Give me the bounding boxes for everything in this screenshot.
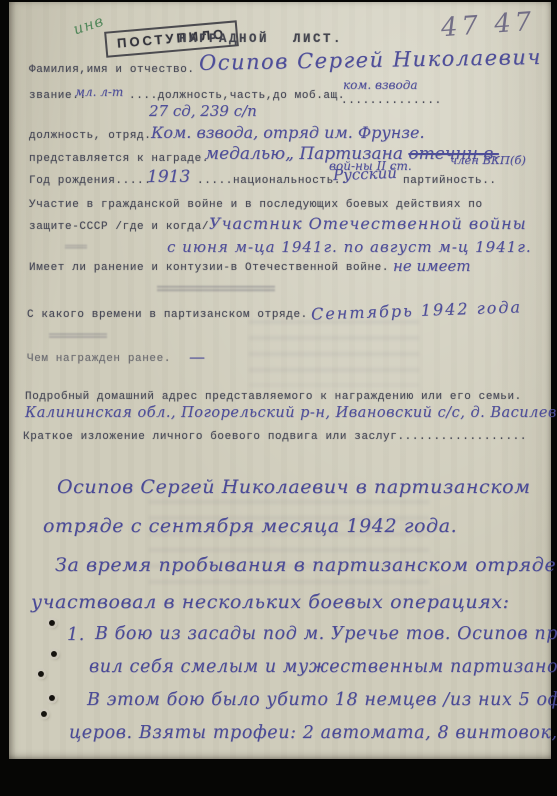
narrative-line: отряде с сентября месяца 1942 года. (43, 515, 457, 537)
narrative-line: церов. Взяты трофеи: 2 автомата, 8 винто… (69, 723, 557, 743)
ink-dash-smudge (65, 243, 87, 251)
summary-label: Краткое изложение личного боевого подвиг… (23, 431, 527, 443)
page-title: НАГРАДНОЙ ЛИСТ. (179, 32, 343, 46)
position-group: ком. взвода .............. (341, 90, 442, 108)
civil-war-value-line2: с июня м-ца 1941г. по август м-ц 1941г. (167, 238, 532, 256)
nationality-label: .....национальность.. (197, 175, 348, 187)
punch-hole (38, 671, 44, 677)
party-label: партийность.. (403, 175, 497, 187)
wounds-value: не имеет (393, 257, 471, 275)
rank-value: мл. л-т (75, 85, 123, 99)
bleed-through (249, 320, 419, 386)
punch-hole (51, 651, 57, 657)
detachment-value: Ком. взвода, отряд им. Фрунзе. (151, 123, 425, 142)
narrative-line: участвовал в нескольких боевых операциях… (31, 591, 510, 613)
wounds-label: Имеет ли ранение и контузии-в Отечествен… (29, 262, 389, 274)
award-label: представляется к награде. (29, 153, 209, 165)
address-label: Подробный домашний адрес представляемого… (25, 391, 522, 403)
detachment-label: должность, отряд. (29, 130, 151, 142)
narrative-item-number: 1. (67, 625, 85, 645)
civil-war-label-line2: защите-СССР /где и когда/ (29, 221, 209, 233)
green-ink-mark: инв (71, 12, 106, 39)
punch-hole (41, 711, 47, 717)
scanned-award-sheet: инв ПОСТУПИЛО НАГРАДНОЙ ЛИСТ. 47 47 Фами… (0, 0, 557, 796)
narrative-line: В этом бою было убито 18 немцев /из них … (87, 690, 557, 710)
name-label: Фамилия,имя и отчество. (29, 64, 195, 76)
position-value: ком. взвода (343, 78, 417, 92)
paper-sheet: инв ПОСТУПИЛО НАГРАДНОЙ ЛИСТ. 47 47 Фами… (9, 2, 551, 759)
party-value: член ВКП(б) (450, 153, 526, 167)
civil-war-value-line1: Участник Отечественной войны (209, 214, 527, 233)
position-label: ....должность,часть,до моб.ащ. (129, 90, 345, 102)
crossed-out-smudge (157, 283, 275, 295)
since-value: Сентябрь 1942 года (311, 297, 523, 323)
previous-award-label: Чем награжден ранее. (27, 353, 171, 365)
civil-war-label-line1: Участие в гражданской войне и в последую… (29, 199, 483, 211)
name-value: Осипов Сергей Николаевич (199, 45, 542, 75)
unit-value: 27 сд, 239 с/п (149, 102, 257, 120)
punch-hole (49, 620, 55, 626)
narrative-line: Осипов Сергей Николаевич в партизанском (57, 476, 531, 498)
birth-label: Год рождения..... (29, 175, 151, 187)
narrative-line: вил себя смелым и мужественным партизано… (89, 657, 557, 677)
narrative-line: В бою из засады под м. Уречье тов. Осипо… (95, 624, 557, 644)
corner-page-number: 47 47 (440, 7, 536, 44)
since-label: С какого времени в партизанском отряде. (27, 309, 308, 321)
position-dots: .............. (341, 95, 442, 107)
previous-award-value: — (189, 347, 205, 366)
address-value: Калининская обл., Погорельский р-н, Иван… (25, 405, 557, 421)
narrative-line: За время пробывания в партизанском отряд… (55, 554, 556, 576)
nationality-value: Русский (333, 164, 397, 184)
birth-value: 1913 (147, 167, 190, 187)
punch-hole (49, 695, 55, 701)
crossed-out-smudge-small (49, 331, 107, 341)
